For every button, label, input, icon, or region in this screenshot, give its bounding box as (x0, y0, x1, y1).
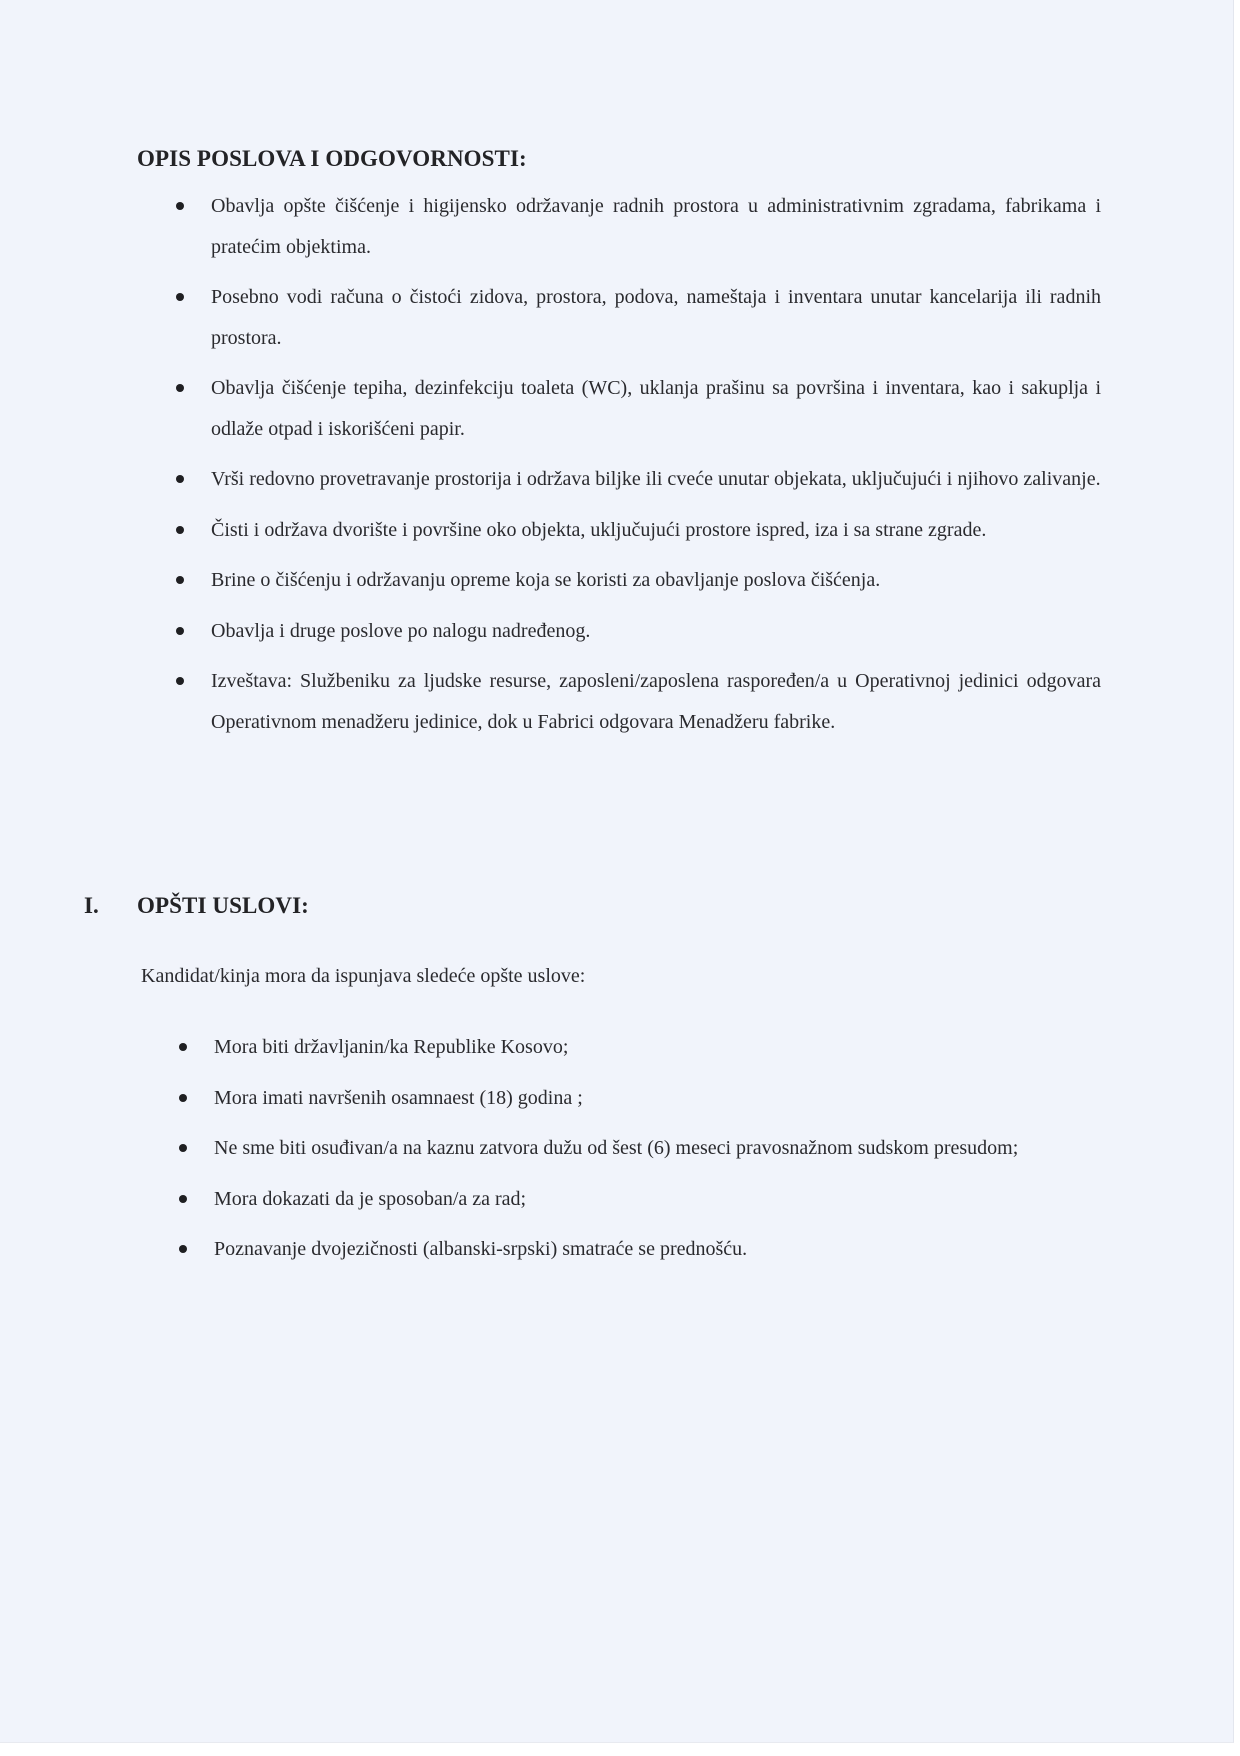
section-heading-general-conditions: I.OPŠTI USLOVI: (84, 893, 309, 919)
list-item-text: Obavlja opšte čišćenje i higijensko održ… (211, 195, 1101, 258)
list-item: Obavlja i druge poslove po nalogu nadređ… (176, 611, 1101, 652)
list-item-text: Obavlja čišćenje tepiha, dezinfekciju to… (211, 377, 1101, 440)
list-item: Obavlja opšte čišćenje i higijensko održ… (176, 186, 1101, 267)
list-item: Čisti i održava dvorište i površine oko … (176, 510, 1101, 551)
list-item-text: Vrši redovno provetravanje prostorija i … (211, 468, 1101, 490)
bullet-icon (179, 1094, 187, 1102)
list-item-text: Brine o čišćenju i održavanju opreme koj… (211, 569, 880, 591)
list-item: Posebno vodi računa o čistoći zidova, pr… (176, 277, 1101, 358)
list-item: Ne sme biti osuđivan/a na kaznu zatvora … (179, 1128, 1101, 1169)
list-item-text: Mora imati navršenih osamnaest (18) godi… (214, 1087, 583, 1109)
list-item-text: Ne sme biti osuđivan/a na kaznu zatvora … (214, 1137, 1018, 1159)
list-item: Brine o čišćenju i održavanju opreme koj… (176, 560, 1101, 601)
bullet-icon (176, 627, 184, 635)
list-item: Mora dokazati da je sposoban/a za rad; (179, 1179, 1101, 1220)
list-item: Obavlja čišćenje tepiha, dezinfekciju to… (176, 368, 1101, 449)
list-item-text: Posebno vodi računa o čistoći zidova, pr… (211, 286, 1101, 349)
list-item-text: Čisti i održava dvorište i površine oko … (211, 519, 986, 541)
bullet-icon (176, 384, 184, 392)
bullet-icon (179, 1245, 187, 1253)
bullet-icon (176, 576, 184, 584)
bullet-icon (176, 202, 184, 210)
section-title: OPŠTI USLOVI: (137, 893, 309, 918)
bullet-icon (176, 475, 184, 483)
bullet-icon (176, 526, 184, 534)
conditions-intro: Kandidat/kinja mora da ispunjava sledeće… (141, 965, 585, 988)
bullet-icon (176, 293, 184, 301)
section-number: I. (84, 893, 137, 919)
bullet-icon (179, 1144, 187, 1152)
list-item-text: Mora biti državljanin/ka Republike Kosov… (214, 1036, 568, 1058)
list-item: Poznavanje dvojezičnosti (albanski-srpsk… (179, 1229, 1101, 1270)
scanned-page: OPIS POSLOVA I ODGOVORNOSTI: Obavlja opš… (0, 0, 1234, 1743)
duties-list: Obavlja opšte čišćenje i higijensko održ… (176, 186, 1101, 752)
list-item: Mora biti državljanin/ka Republike Kosov… (179, 1027, 1101, 1068)
list-item-text: Poznavanje dvojezičnosti (albanski-srpsk… (214, 1238, 747, 1260)
list-item: Izveštava: Službeniku za ljudske resurse… (176, 661, 1101, 742)
general-conditions-list: Mora biti državljanin/ka Republike Kosov… (179, 1027, 1101, 1280)
section-heading-duties: OPIS POSLOVA I ODGOVORNOSTI: (137, 146, 527, 172)
bullet-icon (179, 1043, 187, 1051)
list-item: Vrši redovno provetravanje prostorija i … (176, 459, 1101, 500)
bullet-icon (179, 1195, 187, 1203)
list-item-text: Izveštava: Službeniku za ljudske resurse… (211, 670, 1101, 733)
list-item-text: Mora dokazati da je sposoban/a za rad; (214, 1188, 526, 1210)
bullet-icon (176, 677, 184, 685)
list-item-text: Obavlja i druge poslove po nalogu nadređ… (211, 620, 590, 642)
list-item: Mora imati navršenih osamnaest (18) godi… (179, 1078, 1101, 1119)
